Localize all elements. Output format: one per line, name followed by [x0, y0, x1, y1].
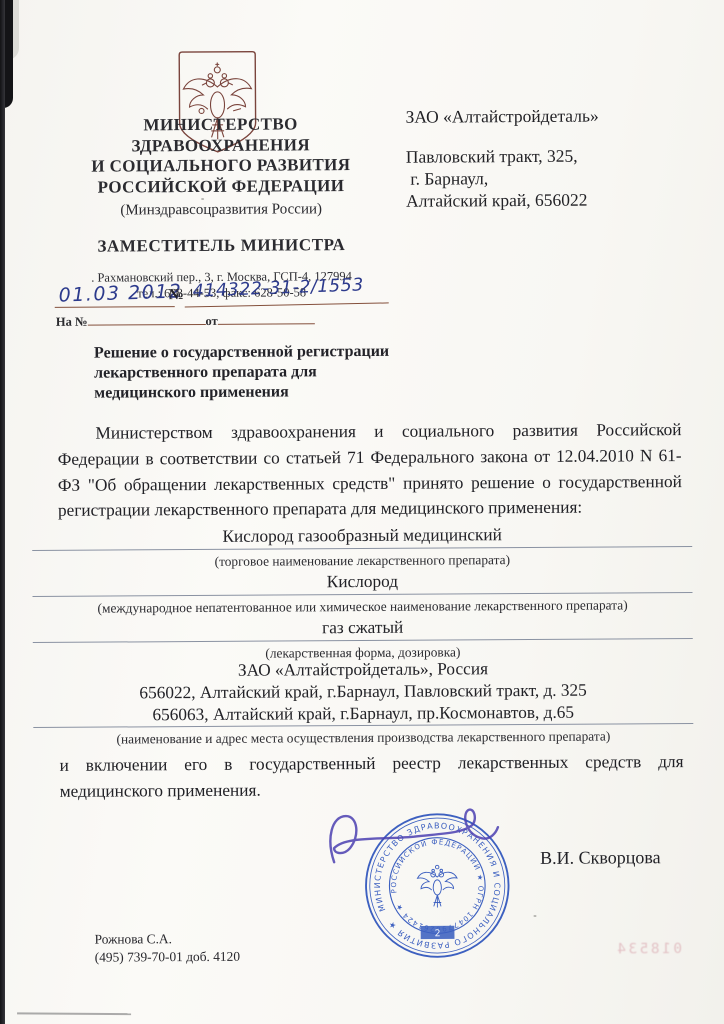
field-manufacturer: ЗАО «Алтайстройдеталь», Россия 656022, А…	[31, 657, 696, 750]
executor-name: Рожнова С.А.	[95, 930, 240, 949]
date-underline	[55, 306, 175, 308]
stamp-banner-number: 2	[435, 928, 441, 939]
ministry-short-name: (Минздравсоцразвития России)	[38, 201, 404, 220]
letterhead: МИНИСТЕРСТВО ЗДРАВООХРАНЕНИЯ И СОЦИАЛЬНО…	[38, 114, 405, 302]
signer-title: ЗАМЕСТИТЕЛЬ МИНИСТРА	[38, 235, 404, 257]
subject-line: медицинского применения	[94, 382, 434, 404]
reply-number-blank	[87, 312, 205, 326]
number-sign-label: №	[169, 287, 184, 304]
number-underline	[185, 302, 389, 307]
scan-speck	[533, 915, 536, 917]
reply-reference-label: На №	[56, 315, 88, 329]
signature-stroke-icon	[322, 803, 517, 882]
ministry-name-line: И СОЦИАЛЬНОГО РАЗВИТИЯ	[38, 155, 404, 178]
executor-block: Рожнова С.А. (495) 739-70-01 доб. 4120	[95, 930, 241, 967]
recipient-address-line: Алтайский край, 656022	[406, 188, 696, 212]
recipient-address-line: Павловский тракт, 325,	[406, 144, 696, 168]
field-caption: (наименование и адрес места осуществлени…	[31, 724, 695, 750]
letter-content: МИНИСТЕРСТВО ЗДРАВООХРАНЕНИЯ И СОЦИАЛЬНО…	[0, 0, 724, 1024]
subject-line: лекарственного препарата для	[94, 362, 434, 384]
closing-paragraph: и включении его в государственный реестр…	[59, 749, 683, 804]
scanned-letter-page: МИНИСТЕРСТВО ЗДРАВООХРАНЕНИЯ И СОЦИАЛЬНО…	[0, 0, 724, 1024]
ministry-name-line: МИНИСТЕРСТВО	[38, 114, 404, 137]
reply-date-blank	[218, 311, 315, 325]
letter-subject: Решение о государственной регистрации ле…	[94, 342, 434, 404]
handwritten-date: 01.03 2012	[58, 280, 182, 306]
field-inn-name: Кислород (международное непатентованное …	[30, 568, 694, 619]
reply-reference-row: На №от	[56, 311, 315, 330]
mirrored-bleedthrough-number: 018534	[615, 941, 682, 957]
reply-from-label: от	[205, 314, 217, 328]
recipient-name: ЗАО «Алтайстройдеталь»	[406, 104, 696, 128]
scan-left-edge	[0, 0, 5, 1024]
executor-phone: (495) 739-70-01 доб. 4120	[95, 948, 240, 967]
body-paragraph: Министерством здравоохранения и социальн…	[57, 417, 682, 524]
ministry-name-line: ЗДРАВООХРАНЕНИЯ	[38, 134, 404, 157]
subject-line: Решение о государственной регистрации	[94, 342, 434, 364]
ministry-name-line: РОССИЙСКОЙ ФЕДЕРАЦИИ	[38, 175, 404, 198]
signer-name: В.И. Скворцова	[540, 847, 661, 869]
scan-speck	[178, 140, 181, 142]
scan-speck	[201, 198, 204, 200]
recipient-block: ЗАО «Алтайстройдеталь» Павловский тракт,…	[406, 104, 697, 212]
scan-bottom-artifact-line	[17, 1012, 131, 1015]
field-trade-name: Кислород газообразный медицинский (торго…	[30, 522, 694, 573]
recipient-address-line: г. Барнаул,	[406, 166, 696, 190]
